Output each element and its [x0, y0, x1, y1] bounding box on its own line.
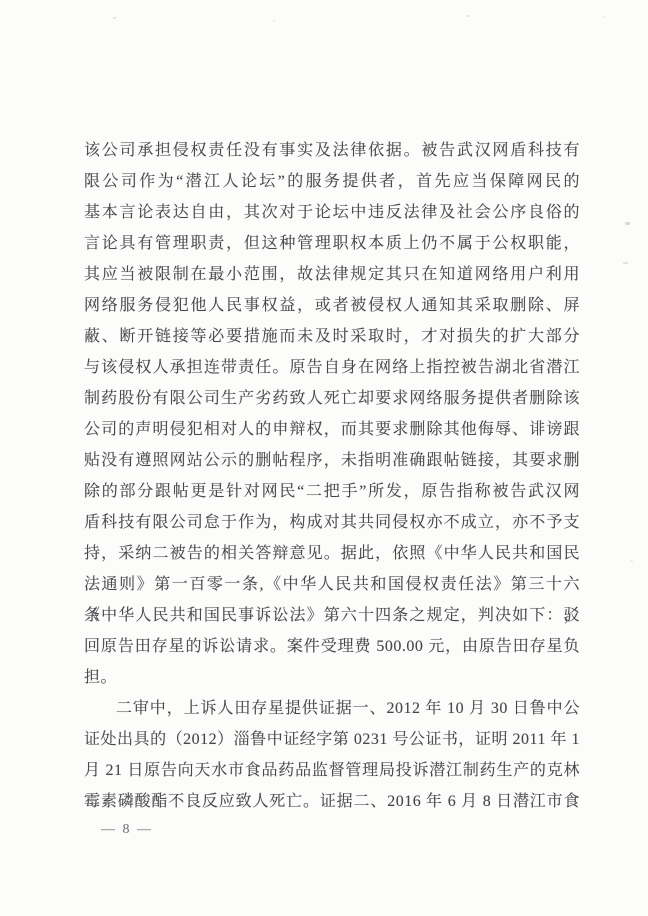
scan-speck — [623, 262, 628, 264]
text-line: 法通则》第一百零一条,《中华人民共和国侵权责任法》第三十六条， — [84, 569, 580, 600]
paragraph-judgment-reasoning: 该公司承担侵权责任没有事实及法律依据。被告武汉网盾科技有限公司作为“潜江人论坛”… — [84, 135, 580, 693]
text-line: 除的部分跟帖更是针对网民“二把手”所发，原告指称被告武汉网 — [84, 476, 580, 507]
text-line: 二审中，上诉人田存星提供证据一、2012 年 10 月 30 日鲁中公 — [84, 693, 580, 724]
text-line: 该公司承担侵权责任没有事实及法律依据。被告武汉网盾科技有 — [84, 135, 580, 166]
text-line: 与该侵权人承担连带责任。原告自身在网络上指控被告湖北省潜江 — [84, 352, 580, 383]
scan-speck — [630, 560, 633, 562]
judgment-body-text: 该公司承担侵权责任没有事实及法律依据。被告武汉网盾科技有限公司作为“潜江人论坛”… — [84, 135, 580, 817]
text-line: 言论具有管理职责，但这种管理职权本质上仍不属于公权职能， — [84, 228, 580, 259]
text-line: 蔽、断开链接等必要措施而未及时采取时，才对损失的扩大部分 — [84, 321, 580, 352]
scan-speck — [467, 15, 470, 17]
page-number: — 8 — — [101, 822, 171, 838]
text-line: 持，采纳二被告的相关答辩意见。据此，依照《中华人民共和国民 — [84, 538, 580, 569]
text-line: 公司的声明侵犯相对人的申辩权，而其要求删除其他侮辱、诽谤跟 — [84, 414, 580, 445]
text-line: 证处出具的（2012）淄鲁中证经字第 0231 号公证书，证明 2011 年 1 — [84, 724, 580, 755]
text-line: 网络服务侵犯他人民事权益，或者被侵权人通知其采取删除、屏 — [84, 290, 580, 321]
scan-speck — [113, 17, 116, 19]
paragraph-second-instance-evidence: 二审中，上诉人田存星提供证据一、2012 年 10 月 30 日鲁中公证处出具的… — [84, 693, 580, 817]
text-line: 制药股份有限公司生产劣药致人死亡却要求网络服务提供者删除该 — [84, 383, 580, 414]
text-line: 其应当被限制在最小范围，故法律规定其只在知道网络用户利用 — [84, 259, 580, 290]
scan-speck — [273, 20, 275, 22]
text-line: 霉素磷酸酯不良反应致人死亡。证据二、2016 年 6 月 8 日潜江市食 — [84, 786, 580, 817]
scan-speck — [603, 16, 605, 18]
text-line: 月 21 日原告向天水市食品药品监督管理局投诉潜江制药生产的克林 — [84, 755, 580, 786]
text-line: 贴没有遵照网站公示的删帖程序，未指明准确跟帖链接，其要求删 — [84, 445, 580, 476]
text-line: 限公司作为“潜江人论坛”的服务提供者，首先应当保障网民的 — [84, 166, 580, 197]
scanned-document-page: 该公司承担侵权责任没有事实及法律依据。被告武汉网盾科技有限公司作为“潜江人论坛”… — [0, 0, 648, 916]
scan-speck — [625, 222, 630, 225]
text-line: 担。 — [84, 662, 580, 693]
text-line: 《中华人民共和国民事诉讼法》第六十四条之规定，判决如下：驳 — [84, 600, 580, 631]
text-line: 回原告田存星的诉讼请求。案件受理费 500.00 元，由原告田存星负 — [84, 631, 580, 662]
text-line: 盾科技有限公司怠于作为，构成对其共同侵权亦不成立，亦不予支 — [84, 507, 580, 538]
text-line: 基本言论表达自由，其次对于论坛中违反法律及社会公序良俗的 — [84, 197, 580, 228]
